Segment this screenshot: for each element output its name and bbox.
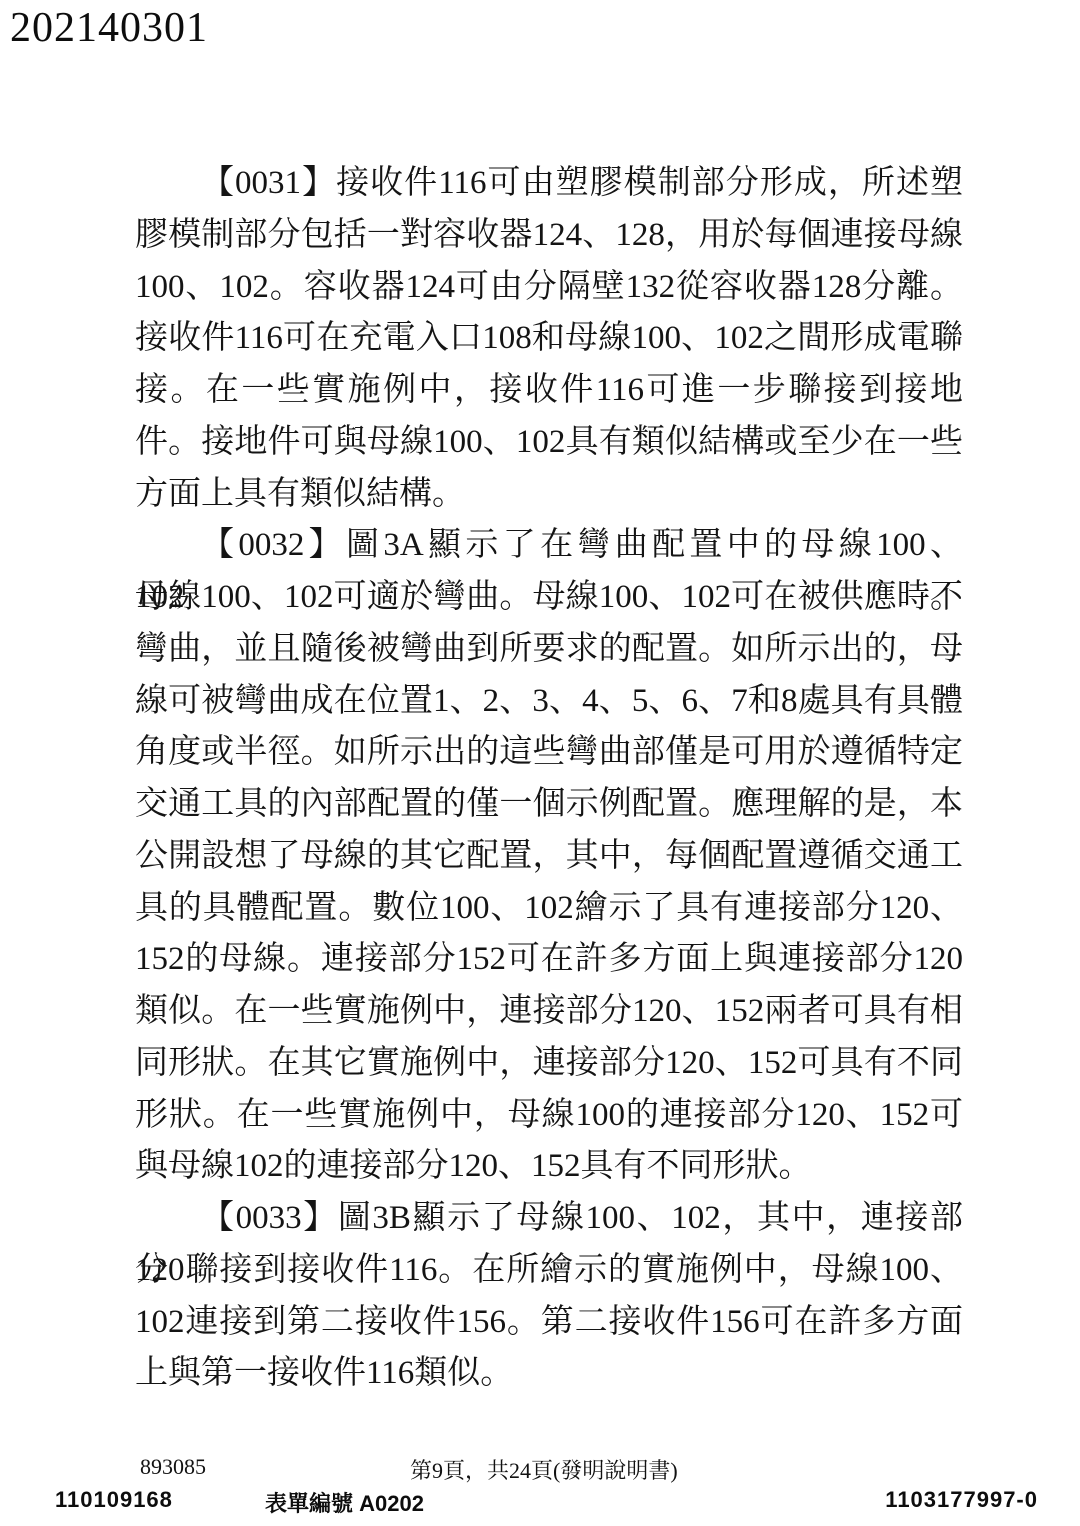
text-line: 類似。在一些實施例中，連接部分120、152兩者可具有相: [135, 986, 963, 1038]
text-line: 方面上具有類似結構。: [135, 469, 963, 521]
text-line: 接。在一些實施例中，接收件116可進一步聯接到接地: [135, 365, 963, 417]
text-line: 152的母線。連接部分152可在許多方面上與連接部分120: [135, 934, 963, 986]
paragraph-0033: 【0033】圖3B顯示了母線100、102，其中，連接部分120聯接到接收件11…: [135, 1193, 963, 1400]
text-line: 120聯接到接收件116。在所繪示的實施例中，母線100、: [135, 1245, 963, 1297]
text-line: 102連接到第二接收件156。第二接收件156可在許多方面: [135, 1297, 963, 1349]
footer-row-2: 110109168 表單編號 A0202 1103177997-0: [0, 1487, 1080, 1513]
text-line: 【0032】圖3A顯示了在彎曲配置中的母線100、102。: [135, 520, 963, 572]
text-line: 上與第一接收件116類似。: [135, 1348, 963, 1400]
text-line: 形狀。在一些實施例中，母線100的連接部分120、152可: [135, 1090, 963, 1142]
text-line: 【0031】接收件116可由塑膠模制部分形成，所述塑: [135, 158, 963, 210]
footer-doc-number: 893085: [140, 1454, 206, 1480]
text-line: 彎曲，並且隨後被彎曲到所要求的配置。如所示出的，母: [135, 624, 963, 676]
text-line: 件。接地件可與母線100、102具有類似結構或至少在一些: [135, 417, 963, 469]
text-line: 膠模制部分包括一對容收器124、128，用於每個連接母線: [135, 210, 963, 262]
footer-row-1: 893085 第9頁，共24頁(發明說明書): [0, 1454, 1080, 1480]
text-line: 具的具體配置。數位100、102繪示了具有連接部分120、: [135, 883, 963, 935]
paragraph-0032: 【0032】圖3A顯示了在彎曲配置中的母線100、102。母線100、102可適…: [135, 520, 963, 1193]
publication-number: 202140301: [10, 4, 208, 52]
body-text: 【0031】接收件116可由塑膠模制部分形成，所述塑膠模制部分包括一對容收器12…: [135, 158, 963, 1400]
text-line: 同形狀。在其它實施例中，連接部分120、152可具有不同: [135, 1038, 963, 1090]
text-line: 交通工具的內部配置的僅一個示例配置。應理解的是，本: [135, 779, 963, 831]
footer-form-number: 表單編號 A0202: [265, 1487, 424, 1518]
text-line: 線可被彎曲成在位置1、2、3、4、5、6、7和8處具有具體: [135, 676, 963, 728]
text-line: 與母線102的連接部分120、152具有不同形狀。: [135, 1141, 963, 1193]
text-line: 公開設想了母線的其它配置，其中，每個配置遵循交通工: [135, 831, 963, 883]
text-line: 100、102。容收器124可由分隔壁132從容收器128分離。: [135, 262, 963, 314]
text-line: 母線100、102可適於彎曲。母線100、102可在被供應時不: [135, 572, 963, 624]
text-line: 【0033】圖3B顯示了母線100、102，其中，連接部分: [135, 1193, 963, 1245]
text-line: 角度或半徑。如所示出的這些彎曲部僅是可用於遵循特定: [135, 727, 963, 779]
text-line: 接收件116可在充電入口108和母線100、102之間形成電聯: [135, 313, 963, 365]
footer-doc-code: 1103177997-0: [885, 1487, 1038, 1513]
patent-document-page: 202140301 【0031】接收件116可由塑膠模制部分形成，所述塑膠模制部…: [0, 0, 1080, 1526]
footer-page-info: 第9頁，共24頁(發明說明書): [410, 1454, 678, 1485]
footer-application-number: 110109168: [55, 1487, 173, 1513]
paragraph-0031: 【0031】接收件116可由塑膠模制部分形成，所述塑膠模制部分包括一對容收器12…: [135, 158, 963, 520]
